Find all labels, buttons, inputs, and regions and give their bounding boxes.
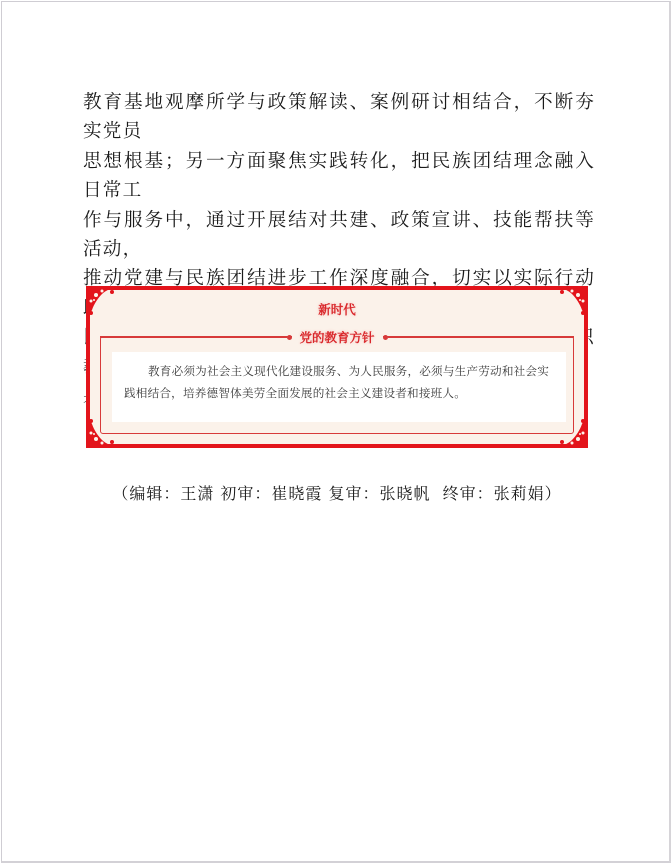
banner-title-row: 党的教育方针 [100,328,574,346]
banner-title-line2: 党的教育方针 [292,328,383,346]
paragraph-line: 作与服务中，通过开展结对共建、政策宣讲、技能帮扶等活动， [83,206,595,265]
education-policy-banner: 新时代 党的教育方针 教育必须为社会主义现代化建设服务、为人民服务，必须与生产劳… [86,286,588,448]
banner-title-line1: 新时代 [90,300,584,318]
paragraph-line: 思想根基；另一方面聚焦实践转化，把民族团结理念融入日常工 [83,147,595,206]
divider [100,336,287,338]
ornament-corner-icon [554,286,588,320]
divider [388,336,575,338]
quote-box: 教育必须为社会主义现代化建设服务、为人民服务，必须与生产劳动和社会实践相结合，培… [112,352,566,422]
policy-quote: 教育必须为社会主义现代化建设服务、为人民服务，必须与生产劳动和社会实践相结合，培… [124,360,558,404]
ornament-corner-icon [554,414,588,448]
document-page: 教育基地观摩所学与政策解读、案例研讨相结合，不断夯实党员 思想根基；另一方面聚焦… [1,1,671,863]
ornament-corner-icon [86,414,120,448]
editor-credits: （编辑：王潇 初审：崔晓霞 复审：张晓帆 终审：张莉娟） [86,481,588,504]
ornament-corner-icon [86,286,120,320]
banner-panel: 新时代 党的教育方针 教育必须为社会主义现代化建设服务、为人民服务，必须与生产劳… [90,290,584,444]
paragraph-line: 教育基地观摩所学与政策解读、案例研讨相结合，不断夯实党员 [83,88,595,147]
